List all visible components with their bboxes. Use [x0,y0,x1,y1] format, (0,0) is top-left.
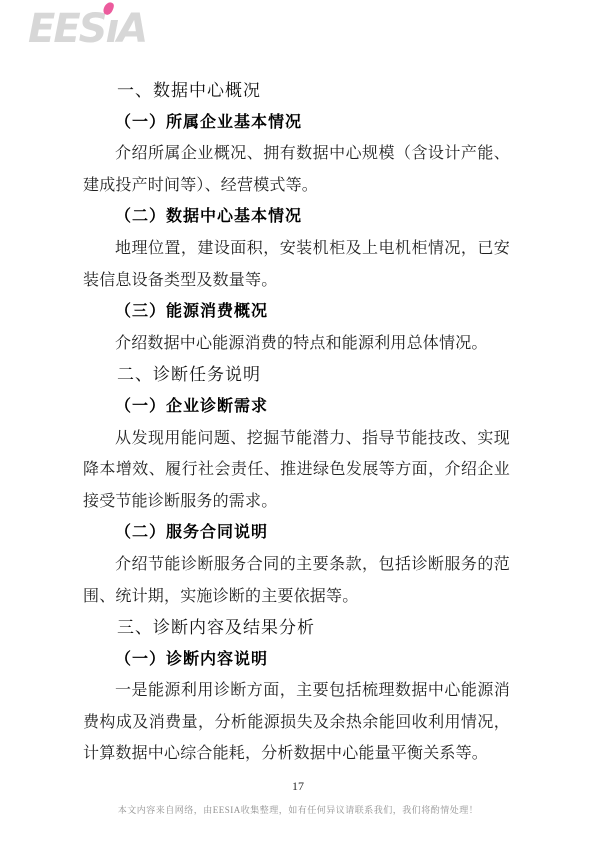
heading-level2: （三）能源消费概况 [83,296,510,328]
paragraph: 介绍数据中心能源消费的特点和能源利用总体情况。 [83,328,510,360]
logo-letters-ees: EES [28,6,105,52]
heading-level2: （二）数据中心基本情况 [83,201,510,233]
heading-level2: （一）企业诊断需求 [83,391,510,423]
eesia-logo: EESıA [28,6,146,52]
heading-level1: 一、数据中心概况 [83,75,510,107]
heading-level2: （二）服务合同说明 [83,517,510,549]
paragraph: 介绍所属企业概况、拥有数据中心规模（含设计产能、建成投产时间等）、经营模式等。 [83,138,510,201]
heading-level1: 三、诊断内容及结果分析 [83,612,510,644]
heading-level2: （一）诊断内容说明 [83,644,510,676]
paragraph: 地理位置，建设面积，安装机柜及上电机柜情况，已安装信息设备类型及数量等。 [83,233,510,296]
document-content: 一、数据中心概况 （一）所属企业基本情况 介绍所属企业概况、拥有数据中心规模（含… [83,75,510,770]
logo-wordmark: EESıA [28,6,146,52]
footer-disclaimer: 本文内容来自网络，由EESIA收集整理，如有任何异议请联系我们，我们将酌情处理！ [0,803,596,816]
paragraph: 一是能源利用诊断方面，主要包括梳理数据中心能源消费构成及消费量，分析能源损失及余… [83,675,510,770]
paragraph: 从发现用能问题、挖掘节能潜力、指导节能技改、实现降本增效、履行社会责任、推进绿色… [83,423,510,518]
paragraph: 介绍节能诊断服务合同的主要条款，包括诊断服务的范围、统计期，实施诊断的主要依据等… [83,549,510,612]
logo-letter-a: A [117,6,146,52]
heading-level1: 二、诊断任务说明 [83,359,510,391]
page-number: 17 [0,779,596,794]
document-page: EESıA 一、数据中心概况 （一）所属企业基本情况 介绍所属企业概况、拥有数据… [0,0,596,842]
heading-level2: （一）所属企业基本情况 [83,107,510,139]
